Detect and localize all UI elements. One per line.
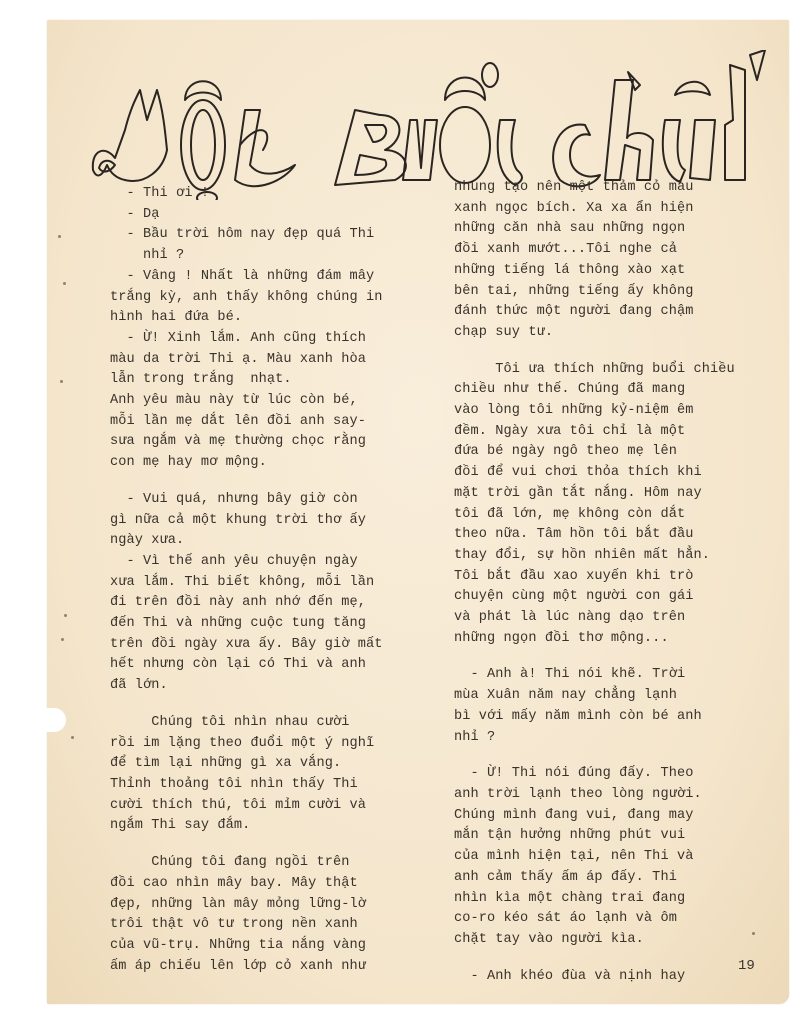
paragraph-gap [454, 344, 784, 360]
text-line: con mẹ hay mơ mộng. [110, 453, 440, 474]
text-line: hết nhưng còn lại có Thi và anh [110, 655, 440, 676]
text-line: - Vì thế anh yêu chuyện ngày [110, 552, 440, 573]
text-line: lẫn trong trắng nhạt. [110, 370, 440, 391]
paper-speck [63, 282, 66, 285]
text-line: mùa Xuân năm nay chẳng lạnh [454, 686, 784, 707]
text-line: chạp suy tư. [454, 323, 784, 344]
text-line: ngày xưa. [110, 531, 440, 552]
text-line: vào lòng tôi những kỷ-niệm êm [454, 401, 784, 422]
text-line: - Thi ơi ! [110, 184, 440, 205]
text-line: trên đồi ngày xưa ấy. Bây giờ mất [110, 635, 440, 656]
text-line: đi trên đồi này anh nhớ đến mẹ, [110, 593, 440, 614]
paragraph-gap [110, 697, 440, 713]
text-line: Chúng tôi nhìn nhau cười [110, 713, 440, 734]
text-line: ngắm Thi say đắm. [110, 816, 440, 837]
text-line: nhỉ ? [454, 728, 784, 749]
torn-edge [40, 708, 66, 732]
text-line: Tôi bắt đầu xao xuyến khi trò [454, 567, 784, 588]
text-line: đến Thi và những cuộc tung tăng [110, 614, 440, 635]
text-line: chuyện cùng một người con gái [454, 587, 784, 608]
left-column: - Thi ơi ! - Dạ - Bầu trời hôm nay đẹp q… [110, 184, 440, 977]
paper-speck [64, 614, 67, 617]
paper-speck [61, 638, 64, 641]
text-line: bên tai, những tiếng ấy không [454, 282, 784, 303]
text-line: đứa bé ngày ngô theo mẹ lên [454, 442, 784, 463]
text-line: những ngọn đồi thơ mộng... [454, 629, 784, 650]
text-line: Tôi ưa thích những buổi chiều [454, 360, 784, 381]
text-line: mắn tận hưởng những phút vui [454, 826, 784, 847]
text-line: đồi xanh mướt...Tôi nghe cả [454, 240, 784, 261]
text-line: thay đổi, sự hồn nhiên mất hẳn. [454, 546, 784, 567]
text-line: cười thích thú, tôi mỉm cười và [110, 796, 440, 817]
text-line: - Dạ [110, 205, 440, 226]
text-line: đẹp, những làn mây mỏng lững-lờ [110, 895, 440, 916]
text-line: đồi cao nhìn mây bay. Mây thật [110, 874, 440, 895]
text-line: đềm. Ngày xưa tôi chỉ là một [454, 422, 784, 443]
text-line: Chúng tôi đang ngồi trên [110, 853, 440, 874]
text-line: nhìn kìa một chàng trai đang [454, 889, 784, 910]
paragraph-gap [110, 474, 440, 490]
text-line: anh cảm thấy ấm áp đấy. Thi [454, 868, 784, 889]
text-line: đã lớn. [110, 676, 440, 697]
text-line: những căn nhà sau những ngọn [454, 219, 784, 240]
text-line: màu da trời Thi ạ. Màu xanh hòa [110, 350, 440, 371]
paragraph-gap [454, 748, 784, 764]
text-line: nhung tạo nên một thảm cỏ màu [454, 178, 784, 199]
text-line: - Vâng ! Nhất là những đám mây [110, 267, 440, 288]
text-line: để tìm lại những gì xa vắng. [110, 754, 440, 775]
text-line: nhỉ ? [110, 246, 440, 267]
text-line: - Anh khéo đùa và nịnh hay [454, 967, 784, 988]
text-line: xanh ngọc bích. Xa xa ẩn hiện [454, 199, 784, 220]
text-line: Anh yêu màu này từ lúc còn bé, [110, 391, 440, 412]
text-line: tôi đã lớn, mẹ không còn dắt [454, 505, 784, 526]
right-column: nhung tạo nên một thảm cỏ màuxanh ngọc b… [454, 178, 784, 987]
text-line: - Anh à! Thi nói khẽ. Trời [454, 665, 784, 686]
paper-speck [58, 235, 61, 238]
text-line: của mình hiện tại, nên Thi và [454, 847, 784, 868]
text-line: co-ro kéo sát áo lạnh và ôm [454, 909, 784, 930]
text-line: mặt trời gần tắt nắng. Hôm nay [454, 484, 784, 505]
page-number: 19 [738, 958, 755, 974]
text-line: mỗi lần mẹ dắt lên đồi anh say- [110, 412, 440, 433]
text-line: ấm áp chiếu lên lớp cỏ xanh như [110, 957, 440, 978]
text-line: hình hai đứa bé. [110, 308, 440, 329]
text-line: theo nữa. Tâm hồn tôi bắt đầu [454, 525, 784, 546]
paragraph-gap [454, 951, 784, 967]
text-line: anh trời lạnh theo lòng người. [454, 785, 784, 806]
text-line: chiều như thế. Chúng đã mang [454, 380, 784, 401]
text-line: - Vui quá, nhưng bây giờ còn [110, 490, 440, 511]
text-line: của vũ-trụ. Những tia nắng vàng [110, 936, 440, 957]
text-line: bì với mấy năm mình còn bé anh [454, 707, 784, 728]
paragraph-gap [110, 837, 440, 853]
text-line: đồi để vui chơi thỏa thích khi [454, 463, 784, 484]
text-line: - Ừ! Xinh lắm. Anh cũng thích [110, 329, 440, 350]
text-line: đánh thức một người đang chậm [454, 302, 784, 323]
text-line: những tiếng lá thông xào xạt [454, 261, 784, 282]
text-line: - Ừ! Thi nói đúng đấy. Theo [454, 764, 784, 785]
text-line: Thỉnh thoảng tôi nhìn thấy Thi [110, 775, 440, 796]
text-line: sưa ngắm và mẹ thường chọc rằng [110, 432, 440, 453]
text-line: - Bầu trời hôm nay đẹp quá Thi [110, 225, 440, 246]
text-line: gì nữa cả một khung trời thơ ấy [110, 511, 440, 532]
paper-speck [71, 736, 74, 739]
text-line: và phát là lúc nàng dạo trên [454, 608, 784, 629]
paper-speck [60, 380, 63, 383]
text-line: Chúng mình đang vui, đang may [454, 806, 784, 827]
text-line: chặt tay vào người kìa. [454, 930, 784, 951]
text-line: trắng kỳ, anh thấy không chúng in [110, 288, 440, 309]
text-line: rồi im lặng theo đuổi một ý nghĩ [110, 734, 440, 755]
text-line: trôi thật vô tư trong nền xanh [110, 915, 440, 936]
text-line: xưa lắm. Thi biết không, mỗi lần [110, 573, 440, 594]
paragraph-gap [454, 649, 784, 665]
